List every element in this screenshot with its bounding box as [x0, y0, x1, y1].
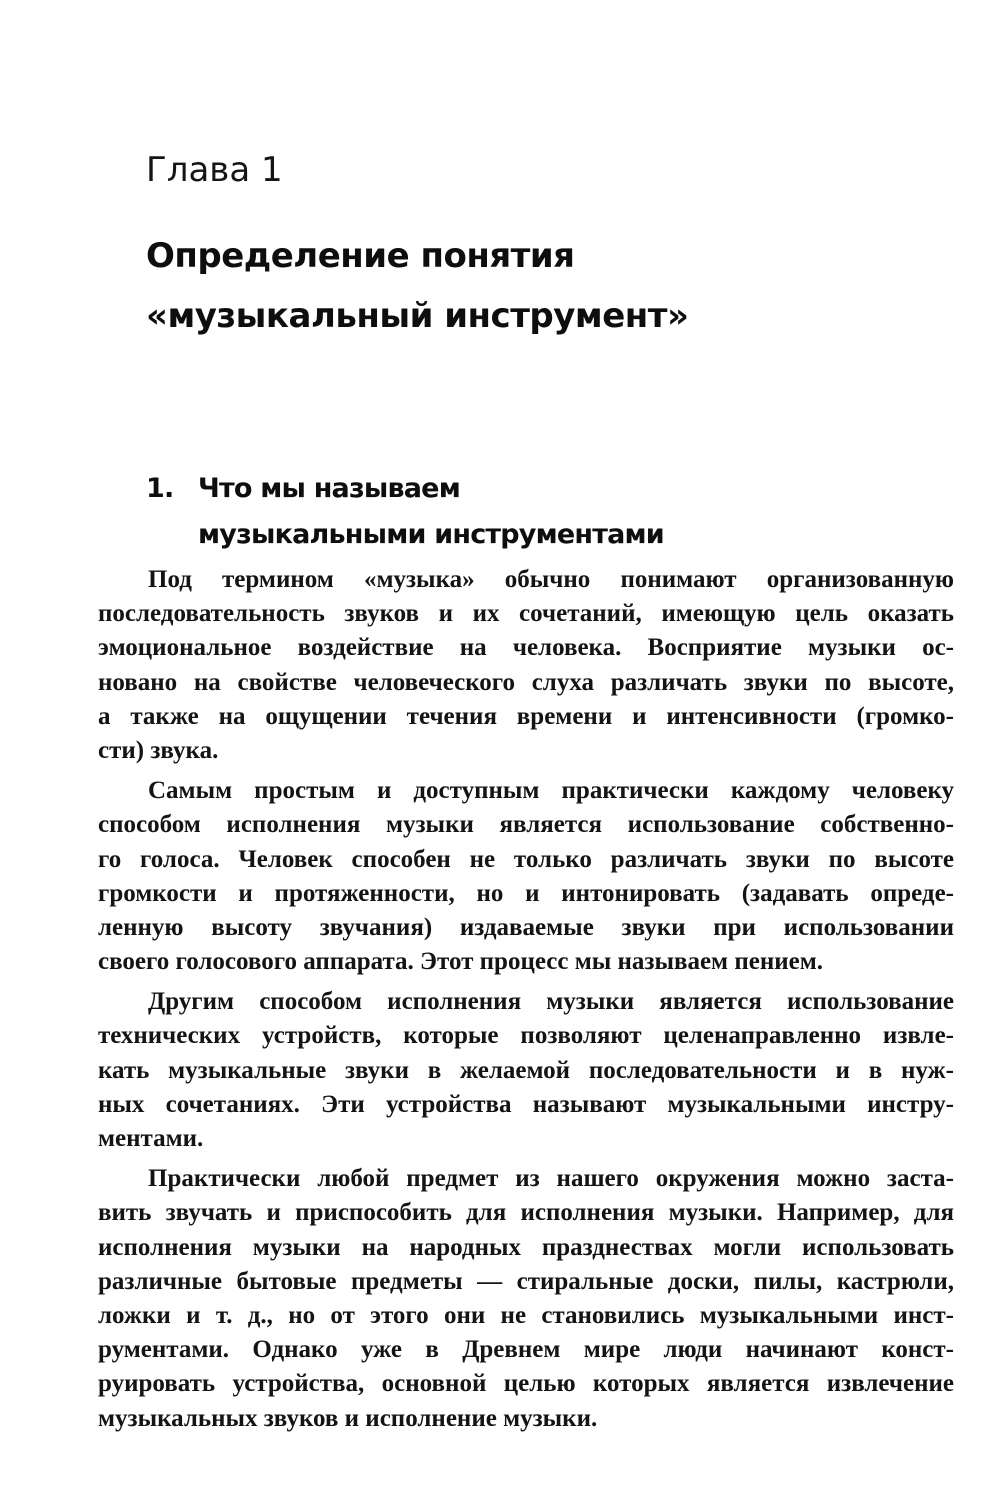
text-line: способом исполнения музыки является испо… [98, 808, 954, 842]
book-page: Глава 1 Определение понятия «музыкальный… [0, 0, 1000, 1512]
text-line: го голоса. Человек способен не только ра… [98, 843, 954, 877]
text-line: эмоциональное воздействие на человека. В… [98, 631, 954, 665]
text-line: громкости и протяженности, но и интониро… [98, 877, 954, 911]
text-line: музыкальных звуков и исполнение музыки. [98, 1402, 954, 1436]
text-line: исполнения музыки на народных празднеств… [98, 1231, 954, 1265]
text-line: различные бытовые предметы — стиральные … [98, 1265, 954, 1299]
text-line: вить звучать и приспособить для исполнен… [98, 1196, 954, 1230]
text-line: технических устройств, которые позволяют… [98, 1019, 954, 1053]
text-line: ложки и т. д., но от этого они не станов… [98, 1299, 954, 1333]
text-line: Другим способом исполнения музыки являет… [98, 985, 954, 1019]
text-line: сти) звука. [98, 734, 954, 768]
text-line: кать музыкальные звуки в желаемой послед… [98, 1054, 954, 1088]
section-heading: 1. Что мы называем музыкальными инструме… [146, 466, 946, 558]
text-line: а также на ощущении течения времени и ин… [98, 700, 954, 734]
chapter-title-line: Определение понятия [146, 226, 846, 286]
chapter-title: Определение понятия «музыкальный инструм… [146, 226, 846, 346]
section-number: 1. [146, 466, 173, 512]
text-line: ментами. [98, 1122, 954, 1156]
text-line: новано на свойстве человеческого слуха р… [98, 666, 954, 700]
paragraph-4: Практически любой предмет из нашего окру… [98, 1162, 954, 1436]
text-line: Под термином «музыка» обычно понимают ор… [98, 563, 954, 597]
text-line: Самым простым и доступным практически ка… [98, 774, 954, 808]
text-line: ных сочетаниях. Эти устройства называют … [98, 1088, 954, 1122]
body-text: Под термином «музыка» обычно понимают ор… [98, 563, 954, 1442]
paragraph-3: Другим способом исполнения музыки являет… [98, 985, 954, 1156]
text-line: руировать устройства, основной целью кот… [98, 1367, 954, 1401]
paragraph-1: Под термином «музыка» обычно понимают ор… [98, 563, 954, 768]
text-line: Практически любой предмет из нашего окру… [98, 1162, 954, 1196]
section-title-line: Что мы называем [146, 466, 946, 512]
text-line: ленную высоту звучания) издаваемые звуки… [98, 911, 954, 945]
chapter-label: Глава 1 [146, 150, 283, 190]
text-line: своего голосового аппарата. Этот процесс… [98, 945, 954, 979]
text-line: последовательность звуков и их сочетаний… [98, 597, 954, 631]
chapter-title-line: «музыкальный инструмент» [146, 286, 846, 346]
section-title-line: музыкальными инструментами [146, 512, 946, 558]
paragraph-2: Самым простым и доступным практически ка… [98, 774, 954, 979]
text-line: рументами. Однако уже в Древнем мире люд… [98, 1333, 954, 1367]
